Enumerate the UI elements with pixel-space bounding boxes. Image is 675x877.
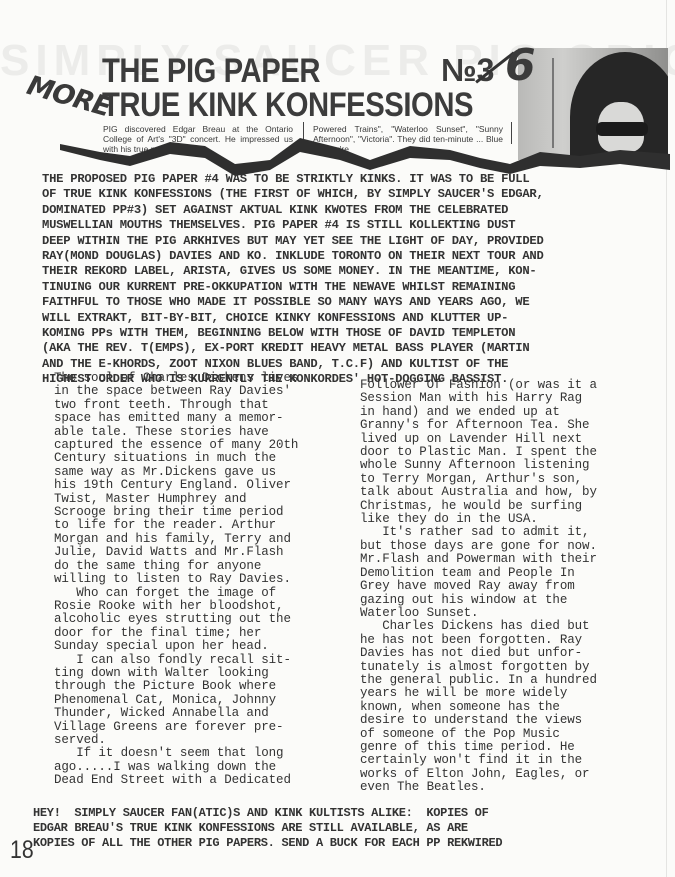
article-column-left: The soul of Charles Dickens livesin the … bbox=[54, 372, 298, 788]
text-line: whole Sunny Afternoon listening bbox=[360, 459, 597, 472]
intro-line: AND THE E-KHORDS, ZOOT NIXON BLUES BAND,… bbox=[42, 357, 652, 372]
text-line: Thunder, Wicked Annabella and bbox=[54, 707, 298, 720]
text-line: lived up on Lavender Hill next bbox=[360, 433, 597, 446]
intro-line: (AKA THE REV. T(EMPS), EX-PORT KREDIT HE… bbox=[42, 341, 652, 356]
article-column-right: Follower Of Fashion (or was it aSession … bbox=[360, 379, 597, 795]
text-line: EDGAR BREAU'S TRUE KINK KONFESSIONS ARE … bbox=[33, 821, 502, 836]
text-line: Charles Dickens has died but bbox=[360, 620, 597, 633]
text-line: If it doesn't seem that long bbox=[54, 747, 298, 760]
text-line: even The Beatles. bbox=[360, 781, 597, 794]
text-line: Julie, David Watts and Mr.Flash bbox=[54, 546, 298, 559]
intro-line: WILL EXTRAKT, BIT-BY-BIT, CHOICE KINKY K… bbox=[42, 311, 652, 326]
issue-old-number: 3 bbox=[477, 52, 495, 88]
intro-line: FAITHFUL TO THOSE WHO MADE IT POSSIBLE S… bbox=[42, 295, 652, 310]
text-line: Waterloo Sunset. bbox=[360, 607, 597, 620]
text-line: door to Plastic Man. I spent the bbox=[360, 446, 597, 459]
text-line: to Terry Morgan, Arthur's son, bbox=[360, 473, 597, 486]
text-line: Demolition team and People In bbox=[360, 567, 597, 580]
text-line: captured the essence of many 20th bbox=[54, 439, 298, 452]
text-line: I can also fondly recall sit- bbox=[54, 654, 298, 667]
text-line: The soul of Charles Dickens lives bbox=[54, 372, 298, 385]
text-line: Grey have moved Ray away from bbox=[360, 580, 597, 593]
text-line: KOPIES OF ALL THE OTHER PIG PAPERS. SEND… bbox=[33, 836, 502, 851]
text-line: do the same thing for anyone bbox=[54, 560, 298, 573]
intro-paragraph: THE PROPOSED PIG PAPER #4 WAS TO BE STRI… bbox=[42, 172, 652, 388]
text-line: works of Elton John, Eagles, or bbox=[360, 768, 597, 781]
text-line: same way as Mr.Dickens gave us bbox=[54, 466, 298, 479]
text-line: desire to understand the views bbox=[360, 714, 597, 727]
text-line: Twist, Master Humphrey and bbox=[54, 493, 298, 506]
text-line: to life for the reader. Arthur bbox=[54, 519, 298, 532]
text-line: Village Greens are forever pre- bbox=[54, 721, 298, 734]
text-line: alcoholic eyes strutting out the bbox=[54, 613, 298, 626]
footer-notice: HEY! SIMPLY SAUCER FAN(ATIC)S AND KINK K… bbox=[33, 806, 502, 851]
intro-line: MUSWELLIAN MOUTHS THEMSELVES. PIG PAPER … bbox=[42, 218, 652, 233]
text-line: two front teeth. Through that bbox=[54, 399, 298, 412]
text-line: talk about Australia and how, by bbox=[360, 486, 597, 499]
intro-line: OF TRUE KINK KONFESSIONS (THE FIRST OF W… bbox=[42, 187, 652, 202]
text-line: Session Man with his Harry Rag bbox=[360, 392, 597, 405]
text-line: Follower Of Fashion (or was it a bbox=[360, 379, 597, 392]
text-line: HEY! SIMPLY SAUCER FAN(ATIC)S AND KINK K… bbox=[33, 806, 502, 821]
text-line: but those days are gone for now. bbox=[360, 540, 597, 553]
text-line: certainly won't find it in the bbox=[360, 754, 597, 767]
text-line: served. bbox=[54, 734, 298, 747]
text-line: genre of this time period. He bbox=[360, 741, 597, 754]
text-line: Phenomenal Cat, Monica, Johnny bbox=[54, 694, 298, 707]
text-line: his 19th Century England. Oliver bbox=[54, 479, 298, 492]
text-line: tunately is almost forgotten by bbox=[360, 661, 597, 674]
text-line: Sunday special upon her head. bbox=[54, 640, 298, 653]
text-line: Morgan and his family, Terry and bbox=[54, 533, 298, 546]
text-line: known, when someone has the bbox=[360, 701, 597, 714]
text-line: in hand) and we ended up at bbox=[360, 406, 597, 419]
issue-prefix: № bbox=[441, 52, 477, 88]
text-line: door for the final time; her bbox=[54, 627, 298, 640]
issue-number: №3 6 bbox=[441, 52, 494, 89]
text-line: through the Picture Book where bbox=[54, 680, 298, 693]
text-line: the general public. In a hundred bbox=[360, 674, 597, 687]
text-line: in the space between Ray Davies' bbox=[54, 385, 298, 398]
masthead-subtitle: TRUE KINK KONFESSIONS bbox=[102, 86, 473, 125]
intro-line: KOMING PPs WITH THEM, BEGINNING BELOW WI… bbox=[42, 326, 652, 341]
text-line: Christmas, he would be surfing bbox=[360, 500, 597, 513]
text-line: he has not been forgotten. Ray bbox=[360, 634, 597, 647]
text-line: ting down with Walter looking bbox=[54, 667, 298, 680]
text-line: space has emitted many a memor- bbox=[54, 412, 298, 425]
page-number: 18 bbox=[10, 836, 34, 865]
text-line: able tale. These stories have bbox=[54, 426, 298, 439]
text-line: years he will be more widely bbox=[360, 687, 597, 700]
text-line: Rosie Rooke with her bloodshot, bbox=[54, 600, 298, 613]
text-line: Davies has not died but unfor- bbox=[360, 647, 597, 660]
text-line: Mr.Flash and Powerman with their bbox=[360, 553, 597, 566]
text-line: Century situations in much the bbox=[54, 452, 298, 465]
text-line: Who can forget the image of bbox=[54, 587, 298, 600]
intro-line: TINUING OUR KURRENT PRE-OKKUPATION WITH … bbox=[42, 280, 652, 295]
text-line: Dead End Street with a Dedicated bbox=[54, 774, 298, 787]
issue-new-number: 6 bbox=[505, 40, 536, 91]
text-line: Scrooge bring their time period bbox=[54, 506, 298, 519]
text-line: willing to listen to Ray Davies. bbox=[54, 573, 298, 586]
intro-line: RAY(MOND DOUGLAS) DAVIES AND KO. INKLUDE… bbox=[42, 249, 652, 264]
intro-line: DOMINATED PP#3) SET AGAINST AKTUAL KINK … bbox=[42, 203, 652, 218]
text-line: of someone of the Pop Music bbox=[360, 728, 597, 741]
text-line: ago.....I was walking down the bbox=[54, 761, 298, 774]
text-line: like they do in the USA. bbox=[360, 513, 597, 526]
text-line: It's rather sad to admit it, bbox=[360, 526, 597, 539]
text-line: gazing out his window at the bbox=[360, 594, 597, 607]
intro-line: THEIR REKORD LABEL, ARISTA, GIVES US SOM… bbox=[42, 264, 652, 279]
text-line: Granny's for Afternoon Tea. She bbox=[360, 419, 597, 432]
intro-line: THE PROPOSED PIG PAPER #4 WAS TO BE STRI… bbox=[42, 172, 652, 187]
intro-line: DEEP WITHIN THE PIG ARKHIVES BUT MAY YET… bbox=[42, 234, 652, 249]
